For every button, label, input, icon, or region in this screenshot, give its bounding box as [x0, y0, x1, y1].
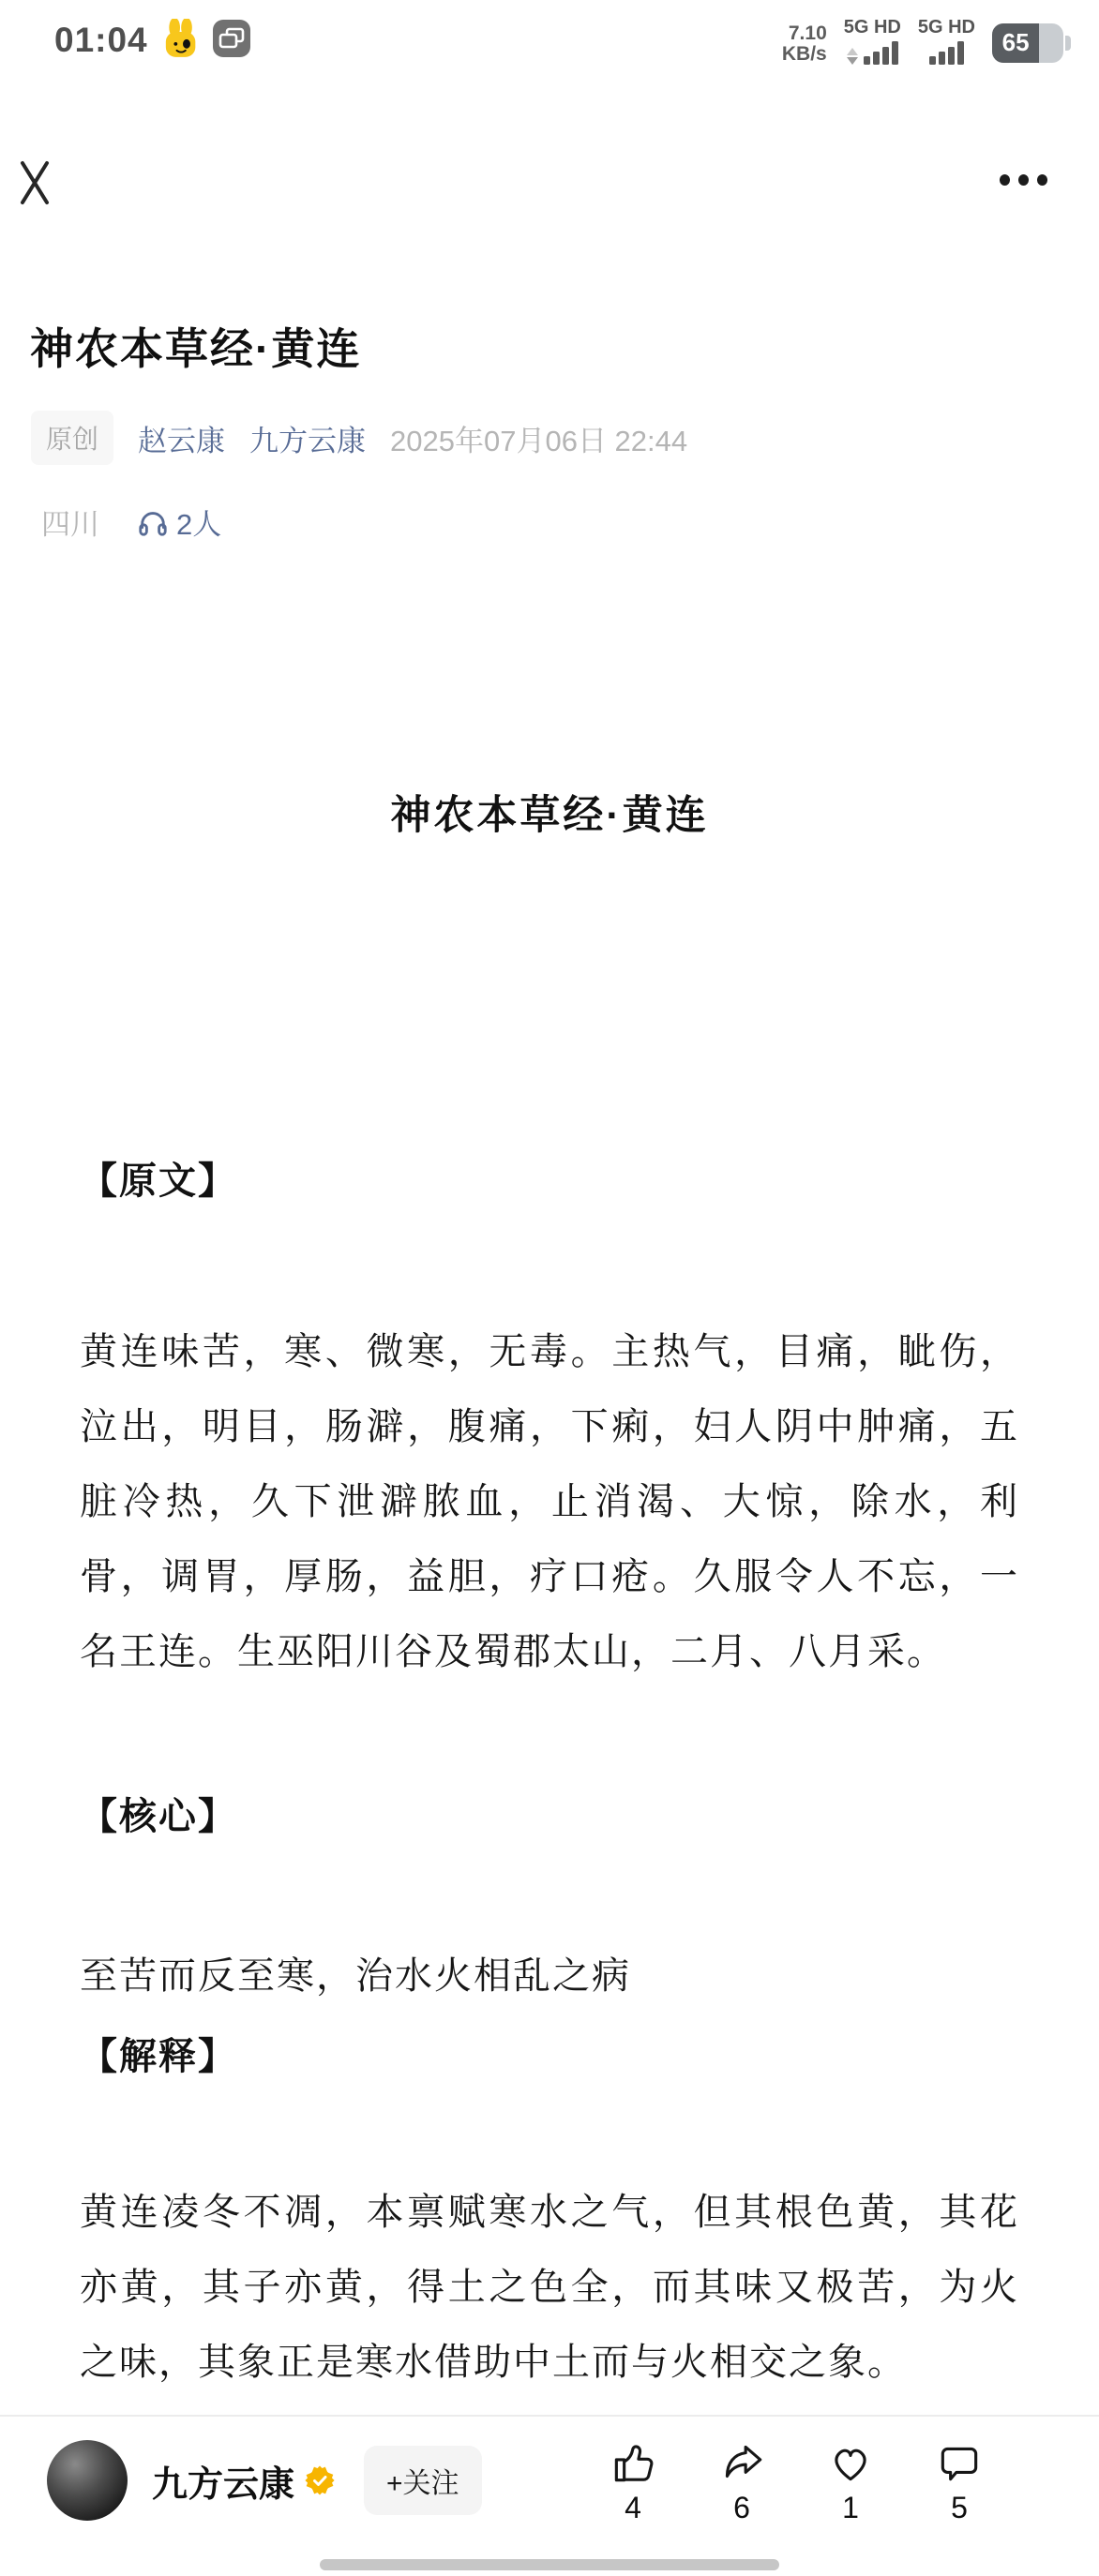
home-indicator-bar[interactable] [320, 2559, 779, 2570]
follow-button[interactable]: +关注 [364, 2446, 482, 2515]
sim1-signal: 5G HD [844, 17, 901, 65]
article-body-title: 神农本草经·黄连 [0, 784, 1099, 841]
comment-bubble-icon [934, 2437, 985, 2488]
section-text-yuanwen: 黄连味苦，寒、微寒，无毒。主热气，目痛，眦伤，泣出，明目，肠澼，腹痛，下痢，妇人… [80, 1314, 1019, 1689]
article-meta: 原创 赵云康 九方云康 2025年07月06日 22:44 [31, 411, 687, 465]
more-icon [1000, 174, 1010, 186]
share-button[interactable]: 6 [713, 2437, 771, 2524]
section-text-jieshi: 黄连凌冬不凋，本禀赋寒水之气，但其根色黄，其花亦黄，其子亦黄，得土之色全，而其味… [80, 2175, 1019, 2400]
headphones-icon [137, 506, 169, 538]
heart-icon [825, 2437, 876, 2488]
section-heading-jieshi: 【解释】 [80, 2027, 237, 2080]
floating-window-icon [212, 19, 251, 63]
favorite-button[interactable]: 1 [821, 2437, 880, 2524]
clock: 01:04 [54, 21, 148, 60]
status-bar: 01:04 7.10 [0, 6, 1099, 67]
listen-count: 2人 [176, 501, 221, 543]
publish-time: 2025年07月06日 22:44 [390, 417, 687, 459]
section-text-hexin: 至苦而反至寒，治水火相乱之病 [80, 1939, 1019, 2014]
share-count: 6 [733, 2492, 750, 2524]
like-count: 4 [625, 2492, 641, 2524]
favorite-count: 1 [842, 2492, 859, 2524]
thumbs-up-icon [608, 2437, 658, 2488]
data-activity-icon [847, 48, 858, 65]
share-arrow-icon [716, 2437, 767, 2488]
account-link[interactable]: 九方云康 [249, 417, 366, 459]
original-badge: 原创 [31, 411, 113, 465]
article-meta-secondary: 四川 2人 [41, 501, 221, 543]
section-heading-yuanwen: 【原文】 [80, 1151, 237, 1205]
page-title: 神农本草经·黄连 [30, 322, 1061, 378]
signal-bars-icon [929, 41, 964, 65]
bottom-action-bar: 九方云康 +关注 4 [0, 2415, 1099, 2576]
section-heading-hexin: 【核心】 [80, 1787, 237, 1840]
network-speed: 7.10 KB/s [782, 23, 827, 65]
location-label: 四川 [41, 501, 99, 543]
signal-bars-icon [864, 41, 898, 65]
battery-icon: 65 [992, 23, 1071, 63]
bunny-app-icon [163, 19, 197, 63]
footer-account-name[interactable]: 九方云康 [152, 2455, 294, 2507]
author-link[interactable]: 赵云康 [138, 417, 225, 459]
action-buttons: 4 6 1 5 [604, 2437, 988, 2524]
comment-button[interactable]: 5 [930, 2437, 988, 2524]
close-button[interactable] [9, 152, 62, 212]
battery-level: 65 [992, 23, 1039, 63]
close-icon [9, 152, 62, 212]
listen-count-link[interactable]: 2人 [137, 501, 221, 543]
avatar[interactable] [47, 2440, 128, 2521]
wechat-article-screen: 01:04 7.10 [0, 0, 1099, 2576]
sim2-signal: 5G HD [918, 17, 975, 65]
verified-badge-icon [304, 2464, 336, 2496]
like-button[interactable]: 4 [604, 2437, 662, 2524]
comment-count: 5 [951, 2492, 968, 2524]
more-menu-button[interactable] [990, 157, 1056, 202]
